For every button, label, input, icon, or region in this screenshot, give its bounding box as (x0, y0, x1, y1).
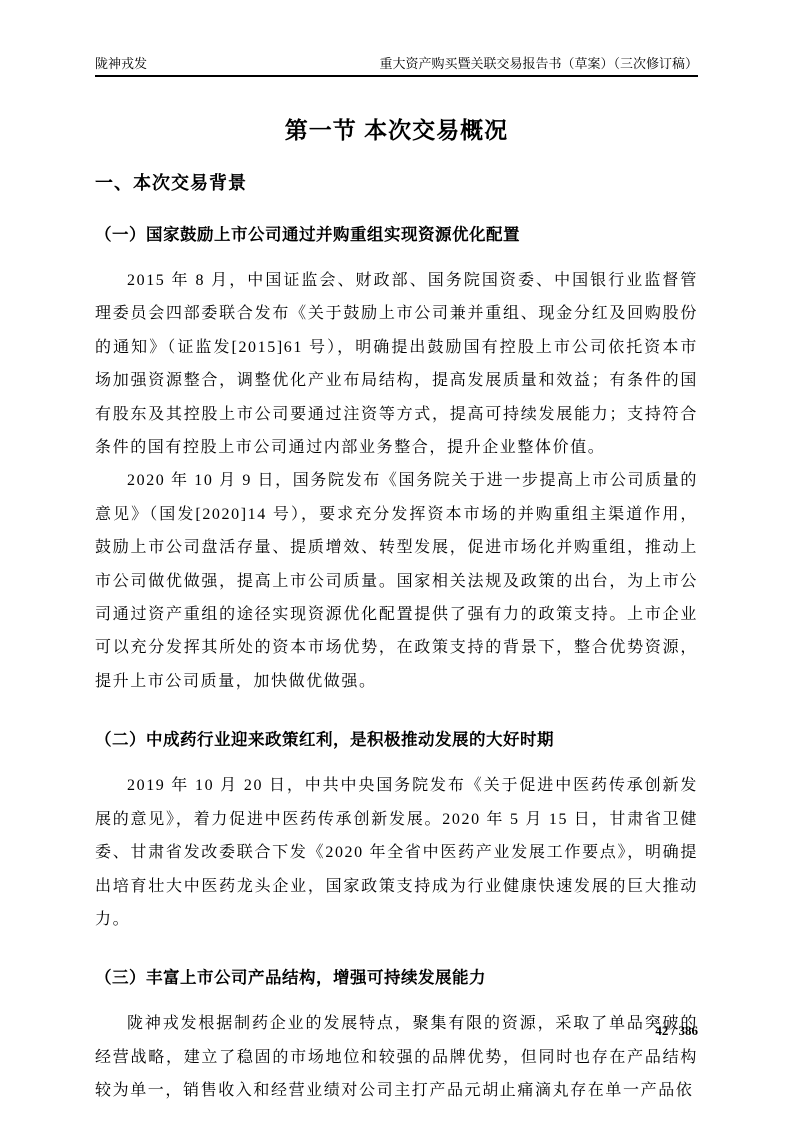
subsection-heading-2: （二）中成药行业迎来政策红利，是积极推动发展的大好时期 (95, 730, 698, 751)
paragraph-3: 2019 年 10 月 20 日，中共中央国务院发布《关于促进中医药传承创新发展… (95, 769, 698, 936)
document-page: 陇神戎发 重大资产购买暨关联交易报告书（草案）（三次修订稿） 第一节 本次交易概… (0, 0, 793, 1122)
paragraph-4: 陇神戎发根据制药企业的发展特点，聚集有限的资源，采取了单品突破的经营战略，建立了… (95, 1007, 698, 1107)
chapter-title: 第一节 本次交易概况 (95, 118, 698, 142)
subsection-heading-1: （一）国家鼓励上市公司通过并购重组实现资源优化配置 (95, 225, 698, 246)
header-report-title: 重大资产购买暨关联交易报告书（草案）（三次修订稿） (379, 55, 698, 72)
page-footer: 42 / 386 (655, 1023, 698, 1039)
paragraph-2: 2020 年 10 月 9 日，国务院发布《国务院关于进一步提高上市公司质量的意… (95, 464, 698, 698)
page-header: 陇神戎发 重大资产购买暨关联交易报告书（草案）（三次修订稿） (95, 55, 698, 77)
section-body: （一）国家鼓励上市公司通过并购重组实现资源优化配置 2015 年 8 月，中国证… (95, 225, 698, 1108)
subsection-heading-3: （三）丰富上市公司产品结构，增强可持续发展能力 (95, 968, 698, 989)
header-company-name: 陇神戎发 (95, 55, 147, 72)
paragraph-1: 2015 年 8 月，中国证监会、财政部、国务院国资委、中国银行业监督管理委员会… (95, 264, 698, 464)
page-number: 42 / 386 (655, 1023, 698, 1038)
section-heading-transaction-background: 一、本次交易背景 (95, 173, 698, 193)
